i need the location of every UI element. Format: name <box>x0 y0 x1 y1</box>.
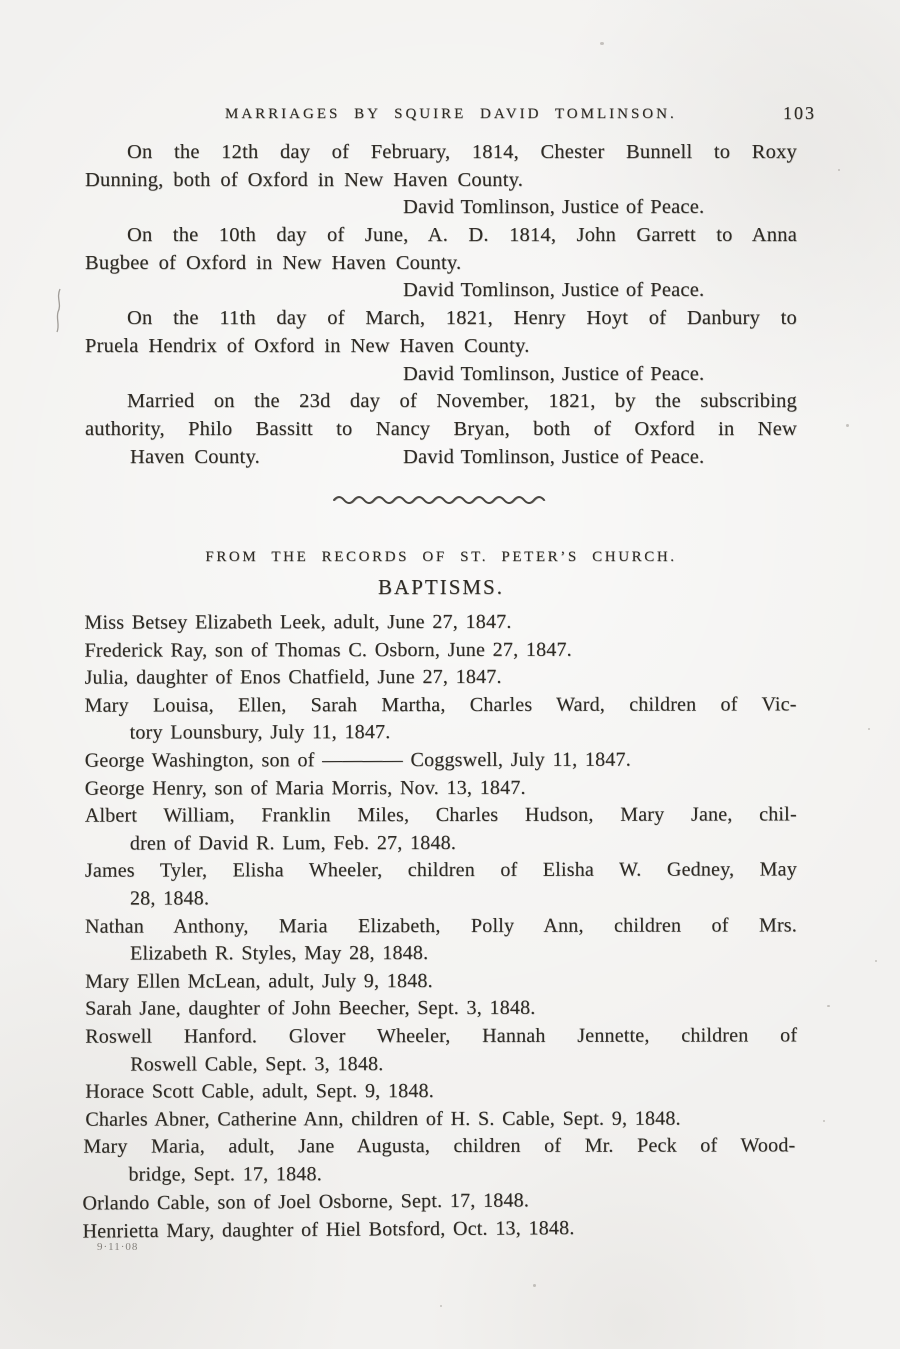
marriage-record: On the 10th day of June, A. D. 1814, Joh… <box>85 222 797 305</box>
marriage-records-section: On the 12th day of February, 1814, Chest… <box>85 139 797 471</box>
baptism-line: Mary Louisa, Ellen, Sarah Martha, Charle… <box>85 691 797 720</box>
baptism-line: Mary Maria, adult, Jane Augusta, childre… <box>83 1133 795 1162</box>
marriage-line: On the 10th day of June, A. D. 1814, Joh… <box>85 222 797 250</box>
page-number: 103 <box>783 103 816 124</box>
baptism-entry: Mary Louisa, Ellen, Sarah Martha, Charle… <box>85 691 799 747</box>
baptism-line: Horace Scott Cable, adult, Sept. 9, 1848… <box>85 1077 799 1106</box>
running-head: MARRIAGES BY SQUIRE DAVID TOMLINSON. 103 <box>0 0 900 40</box>
baptism-line: Charles Abner, Catherine Ann, children o… <box>85 1105 799 1134</box>
baptism-line: tory Lounsbury, July 11, 1847. <box>85 719 799 748</box>
baptism-line: George Henry, son of Maria Morris, Nov. … <box>85 774 799 803</box>
paper-speck <box>846 424 849 427</box>
baptism-entry: Albert William, Franklin Miles, Charles … <box>85 802 799 858</box>
marriage-record: On the 12th day of February, 1814, Chest… <box>85 139 797 222</box>
baptism-entry: Mary Maria, adult, Jane Augusta, childre… <box>83 1133 799 1189</box>
baptism-entries-section: Miss Betsey Elizabeth Leek, adult, June … <box>84 608 799 1244</box>
marriage-line: Haven County.David Tomlinson, Justice of… <box>85 444 797 472</box>
baptisms-heading: BAPTISMS. <box>85 575 797 600</box>
baptism-entry: Frederick Ray, son of Thomas C. Osborn, … <box>84 636 798 665</box>
marriage-record: Married on the 23d day of November, 1821… <box>85 388 797 471</box>
wavy-divider <box>331 492 547 506</box>
baptism-entry: Roswell Hanford. Glover Wheeler, Hannah … <box>85 1022 799 1078</box>
margin-ink-mark <box>52 287 66 340</box>
marriage-line: David Tomlinson, Justice of Peace. <box>85 277 797 305</box>
print-artifact-mark: 9·11·08 <box>97 1241 138 1253</box>
paper-speck <box>440 1305 442 1307</box>
running-head-title: MARRIAGES BY SQUIRE DAVID TOMLINSON. <box>225 106 677 123</box>
marriage-line: David Tomlinson, Justice of Peace. <box>85 361 797 389</box>
marriage-line: Dunning, both of Oxford in New Haven Cou… <box>85 167 797 195</box>
baptism-line: 28, 1848. <box>85 884 799 913</box>
baptism-entry: Miss Betsey Elizabeth Leek, adult, June … <box>84 608 798 637</box>
marriage-line: Married on the 23d day of November, 1821… <box>85 388 797 416</box>
baptism-entry: Nathan Anthony, Maria Elizabeth, Polly A… <box>85 912 799 968</box>
marriage-line: authority, Philo Bassitt to Nancy Bryan,… <box>85 416 797 444</box>
baptism-line: Miss Betsey Elizabeth Leek, adult, June … <box>84 608 798 637</box>
baptism-line: Roswell Cable, Sept. 3, 1848. <box>85 1050 799 1079</box>
baptism-entry: Charles Abner, Catherine Ann, children o… <box>85 1105 799 1134</box>
baptism-line: bridge, Sept. 17, 1848. <box>83 1160 799 1189</box>
baptism-line: George Washington, son of ———— Coggswell… <box>85 746 799 775</box>
baptism-line: Roswell Hanford. Glover Wheeler, Hannah … <box>85 1022 797 1051</box>
paper-speck <box>875 960 877 962</box>
baptism-entry: Sarah Jane, daughter of John Beecher, Se… <box>85 995 799 1024</box>
baptism-entry: George Henry, son of Maria Morris, Nov. … <box>85 774 799 803</box>
marriage-line: Bugbee of Oxford in New Haven County. <box>85 250 797 278</box>
baptism-line: Mary Ellen McLean, adult, July 9, 1848. <box>85 967 799 996</box>
church-records-heading: FROM THE RECORDS OF ST. PETER’S CHURCH. <box>85 549 797 566</box>
baptism-line: dren of David R. Lum, Feb. 27, 1848. <box>85 829 799 858</box>
baptism-line: Elizabeth R. Styles, May 28, 1848. <box>85 940 799 969</box>
paper-speck <box>600 42 604 45</box>
marriage-line: David Tomlinson, Justice of Peace. <box>85 194 797 222</box>
baptism-entry: Julia, daughter of Enos Chatfield, June … <box>85 664 799 693</box>
baptism-line: Nathan Anthony, Maria Elizabeth, Polly A… <box>85 912 797 941</box>
paper-speck <box>868 728 870 730</box>
paper-speck <box>823 1120 825 1122</box>
baptism-line: Sarah Jane, daughter of John Beecher, Se… <box>85 995 799 1024</box>
baptism-entry: Horace Scott Cable, adult, Sept. 9, 1848… <box>85 1077 799 1106</box>
marriage-line-part: David Tomlinson, Justice of Peace. <box>403 444 704 472</box>
paper-speck <box>533 1284 536 1287</box>
baptism-line: Albert William, Franklin Miles, Charles … <box>85 802 797 831</box>
paper-speck <box>827 1005 830 1007</box>
baptism-line: Henrietta Mary, daughter of Hiel Botsfor… <box>82 1214 799 1247</box>
baptism-line: Julia, daughter of Enos Chatfield, June … <box>85 664 799 693</box>
scanned-book-page: MARRIAGES BY SQUIRE DAVID TOMLINSON. 103… <box>0 0 900 1349</box>
marriage-line: On the 11th day of March, 1821, Henry Ho… <box>85 305 797 333</box>
marriage-record: On the 11th day of March, 1821, Henry Ho… <box>85 305 797 388</box>
baptism-entry: Mary Ellen McLean, adult, July 9, 1848. <box>85 967 799 996</box>
squiggle-icon <box>331 492 547 506</box>
paper-speck <box>838 169 840 171</box>
marriage-line-part: Haven County. <box>130 444 260 472</box>
baptism-entry: George Washington, son of ———— Coggswell… <box>85 746 799 775</box>
marriage-line: On the 12th day of February, 1814, Chest… <box>85 139 797 167</box>
baptism-entry: Henrietta Mary, daughter of Hiel Botsfor… <box>82 1214 799 1247</box>
marriage-line: Pruela Hendrix of Oxford in New Haven Co… <box>85 333 797 361</box>
baptism-entry: James Tyler, Elisha Wheeler, children of… <box>85 857 799 913</box>
baptism-line: Frederick Ray, son of Thomas C. Osborn, … <box>84 636 798 665</box>
baptism-line: James Tyler, Elisha Wheeler, children of… <box>85 857 797 886</box>
